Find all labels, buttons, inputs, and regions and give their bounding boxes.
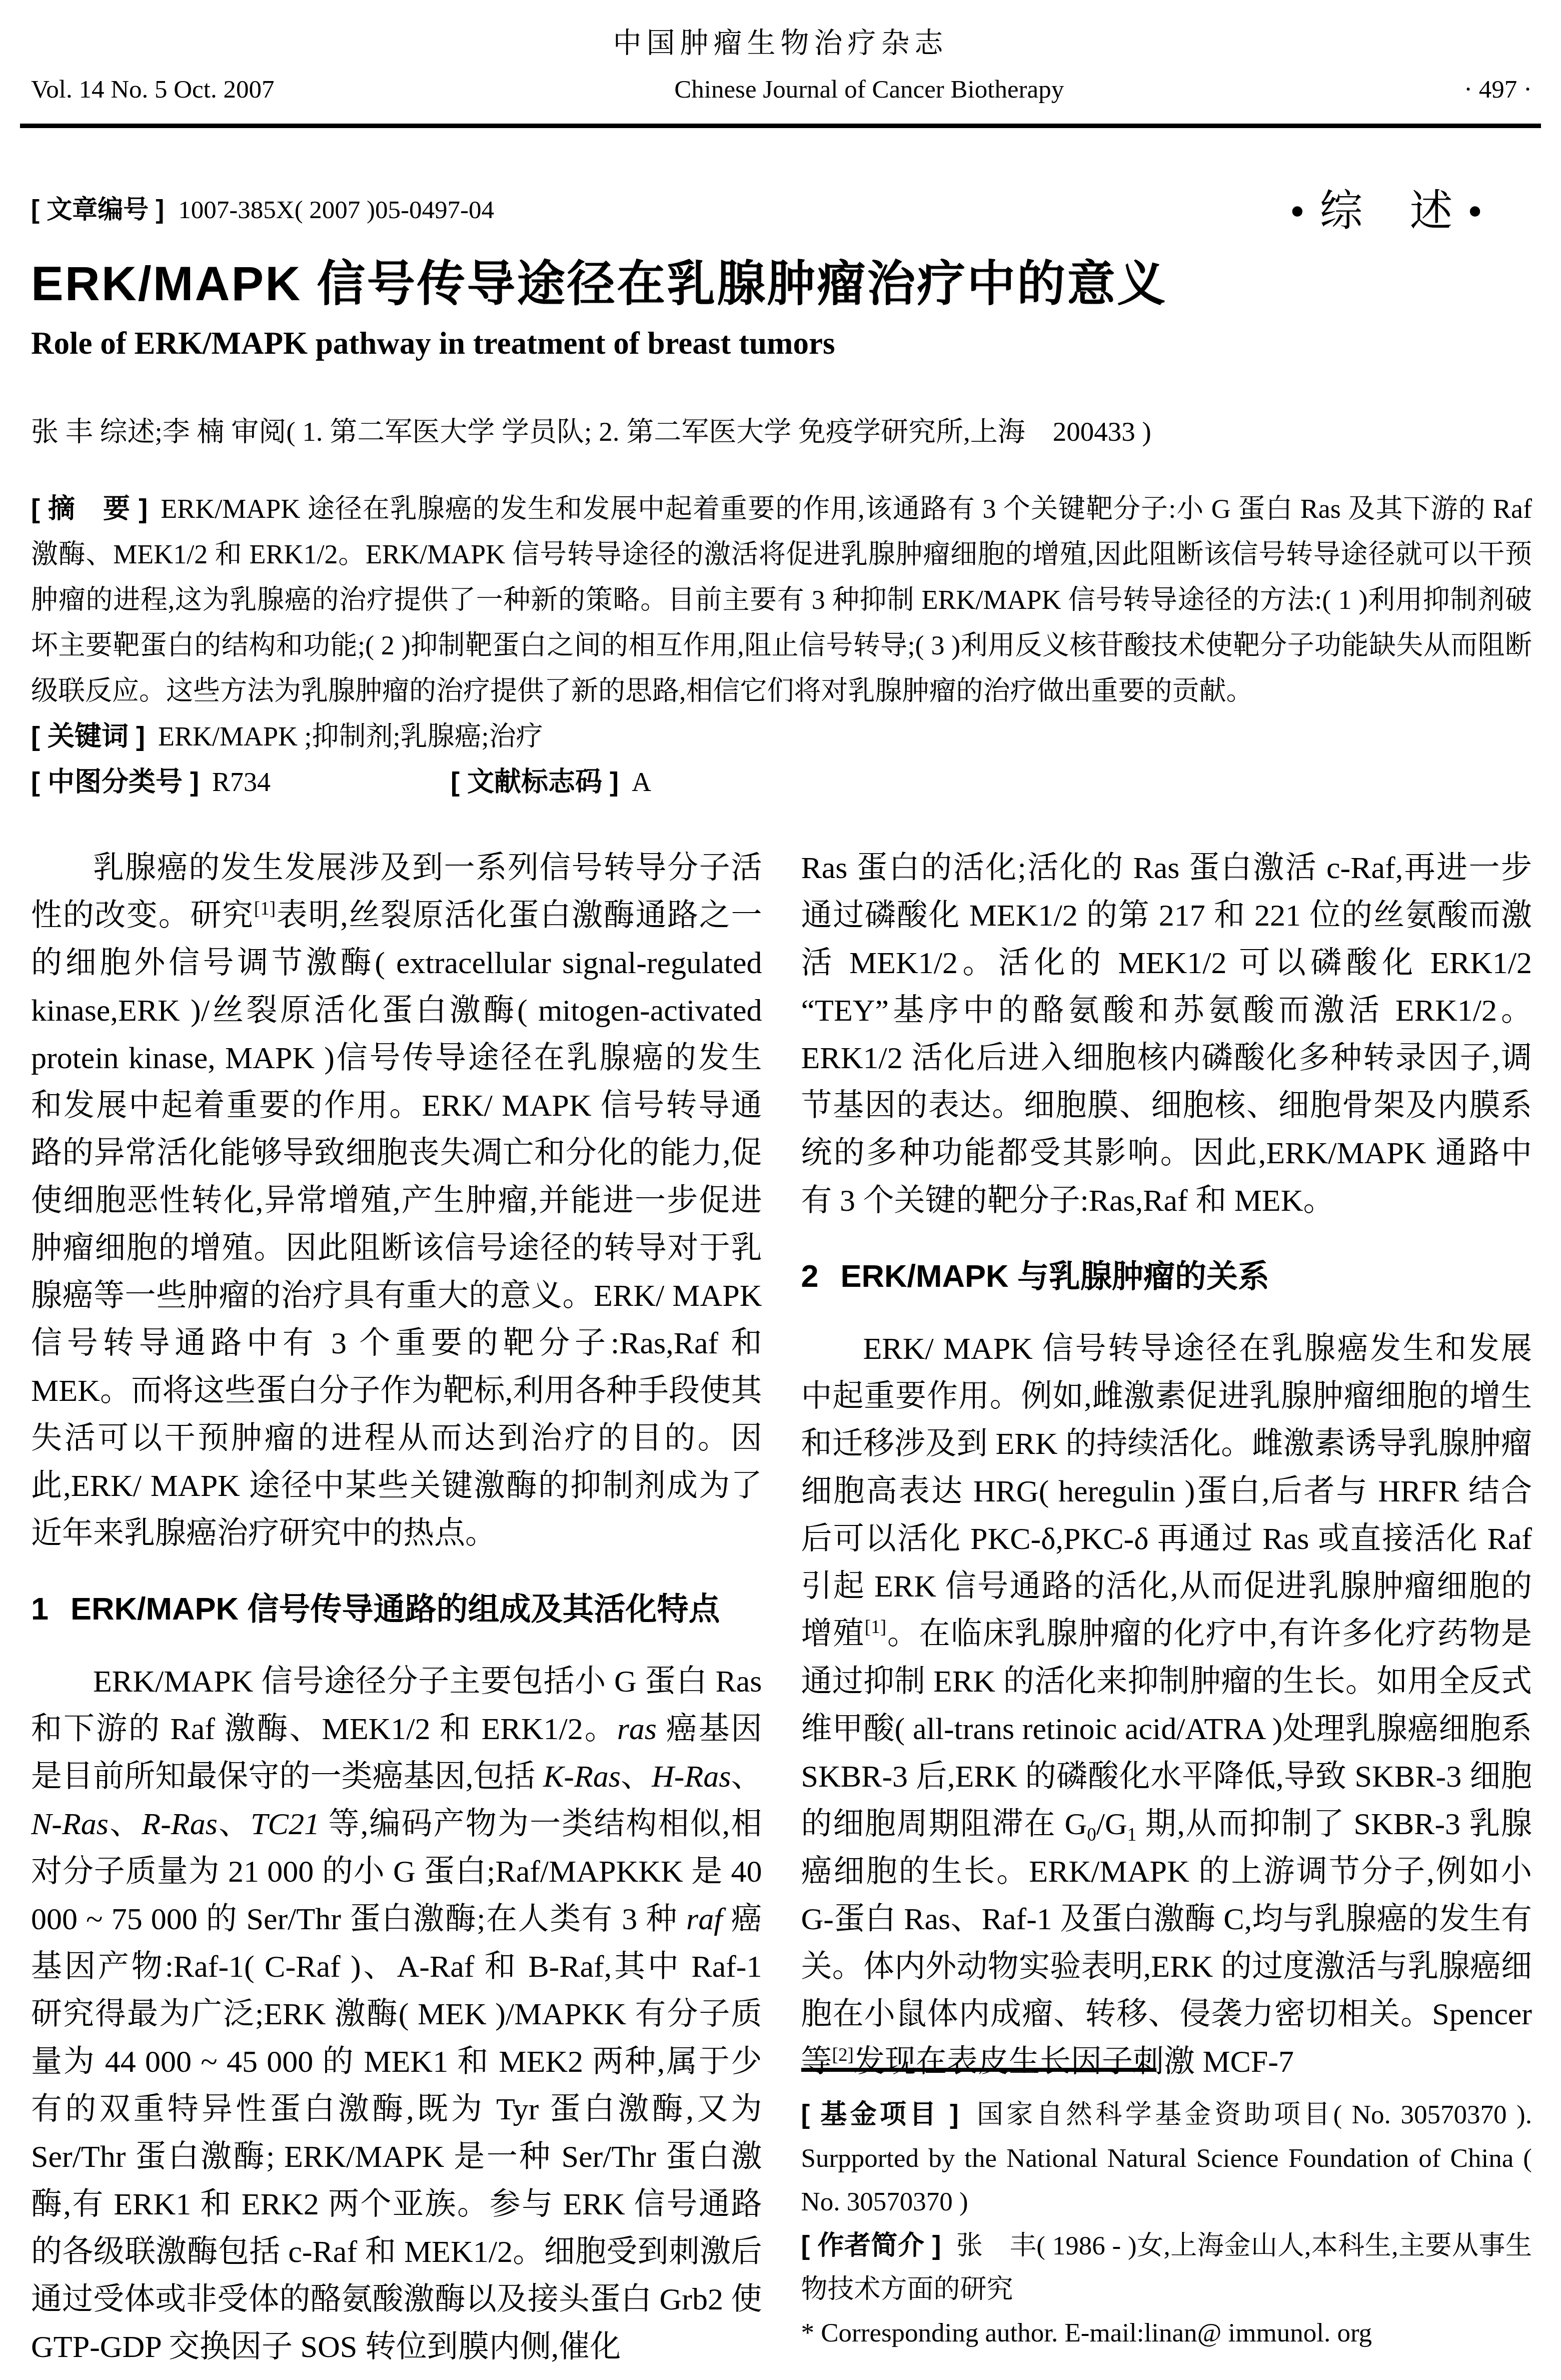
section-1-paragraph: ERK/MAPK 信号途径分子主要包括小 G 蛋白 Ras 和下游的 Raf 激… xyxy=(31,1658,762,2371)
paper-page: 中国肿瘤生物治疗杂志 Vol. 14 No. 5 Oct. 2007 Chine… xyxy=(0,0,1561,2380)
footnote-divider xyxy=(801,2068,1156,2072)
article-title-cn: ERK/MAPK 信号传导途径在乳腺肿瘤治疗中的意义 xyxy=(31,244,1532,314)
abstract-text: ERK/MAPK 途径在乳腺癌的发生和发展中起着重要的作用,该通路有 3 个关键… xyxy=(31,494,1532,706)
funding-note: [ 基金项目 ]国家自然科学基金资助项目( No. 30570370 ). Su… xyxy=(801,2093,1532,2224)
doc-code-label: [ 文献标志码 ] xyxy=(451,767,619,797)
article-title-en: Role of ERK/MAPK pathway in treatment of… xyxy=(31,325,1532,362)
section-2-heading: 2ERK/MAPK 与乳腺肿瘤的关系 xyxy=(801,1253,1532,1300)
corresponding-author-note: * Corresponding author. E-mail:linan@ im… xyxy=(801,2311,1532,2355)
section-1-number: 1 xyxy=(31,1592,49,1627)
front-matter: [ 摘 要 ]ERK/MAPK 途径在乳腺癌的发生和发展中起着重要的作用,该通路… xyxy=(31,486,1532,805)
clc-row: [ 中图分类号 ]R734[ 文献标志码 ]A xyxy=(31,759,1532,805)
abstract-label: [ 摘 要 ] xyxy=(31,494,148,524)
keywords: [ 关键词 ]ERK/MAPK ;抑制剂;乳腺癌;治疗 xyxy=(31,714,1532,759)
section-1-heading: 1ERK/MAPK 信号传导通路的组成及其活化特点 xyxy=(31,1585,762,1633)
funding-label: [ 基金项目 ] xyxy=(801,2100,959,2129)
author-bio-note: [ 作者简介 ]张 丰( 1986 - )女,上海金山人,本科生,主要从事生物技… xyxy=(801,2224,1532,2311)
abstract: [ 摘 要 ]ERK/MAPK 途径在乳腺癌的发生和发展中起着重要的作用,该通路… xyxy=(31,486,1532,714)
intro-paragraph: 乳腺癌的发生发展涉及到一系列信号转导分子活性的改变。研究[1]表明,丝裂原活化蛋… xyxy=(31,845,762,1557)
section-2-title: ERK/MAPK 与乳腺肿瘤的关系 xyxy=(841,1259,1270,1294)
article-id: [ 文章编号 ]1007-385X( 2007 )05-0497-04 xyxy=(31,189,494,226)
section-1-paragraph-continued: Ras 蛋白的活化;活化的 Ras 蛋白激活 c-Raf,再进一步通过磷酸化 M… xyxy=(801,845,1532,1225)
clc-value: R734 xyxy=(212,767,271,797)
clc-label: [ 中图分类号 ] xyxy=(31,767,199,797)
header-divider xyxy=(20,124,1541,128)
left-column: 乳腺癌的发生发展涉及到一系列信号转导分子活性的改变。研究[1]表明,丝裂原活化蛋… xyxy=(31,845,762,2380)
keywords-label: [ 关键词 ] xyxy=(31,721,145,751)
doc-code-value: A xyxy=(632,767,651,797)
section-1-title: ERK/MAPK 信号传导通路的组成及其活化特点 xyxy=(71,1592,720,1627)
page-number: · 497 · xyxy=(1464,75,1532,104)
journal-header-row: Vol. 14 No. 5 Oct. 2007 Chinese Journal … xyxy=(31,75,1532,104)
author-bio-label: [ 作者简介 ] xyxy=(801,2231,941,2260)
authors-line: 张 丰 综述;李 楠 审阅( 1. 第二军医大学 学员队; 2. 第二军医大学 … xyxy=(31,409,1532,449)
column-type-badge: • 综 述 • xyxy=(1290,176,1484,238)
meta-row: [ 文章编号 ]1007-385X( 2007 )05-0497-04 • 综 … xyxy=(31,176,1532,238)
journal-title-cn: 中国肿瘤生物治疗杂志 xyxy=(0,20,1561,61)
right-column: Ras 蛋白的活化;活化的 Ras 蛋白激活 c-Raf,再进一步通过磷酸化 M… xyxy=(801,845,1532,2380)
article-id-value: 1007-385X( 2007 )05-0497-04 xyxy=(178,196,494,224)
section-2-paragraph: ERK/ MAPK 信号转导途径在乳腺癌发生和发展中起重要作用。例如,雌激素促进… xyxy=(801,1325,1532,2086)
journal-title-en: Chinese Journal of Cancer Biotherapy xyxy=(674,75,1064,104)
footnote-block: [ 基金项目 ]国家自然科学基金资助项目( No. 30570370 ). Su… xyxy=(801,2068,1532,2355)
body-columns: 乳腺癌的发生发展涉及到一系列信号转导分子活性的改变。研究[1]表明,丝裂原活化蛋… xyxy=(31,845,1532,2380)
article-id-label: [ 文章编号 ] xyxy=(31,195,164,224)
section-2-number: 2 xyxy=(801,1259,819,1294)
keywords-text: ERK/MAPK ;抑制剂;乳腺癌;治疗 xyxy=(158,721,543,751)
volume-issue-date: Vol. 14 No. 5 Oct. 2007 xyxy=(31,75,274,104)
